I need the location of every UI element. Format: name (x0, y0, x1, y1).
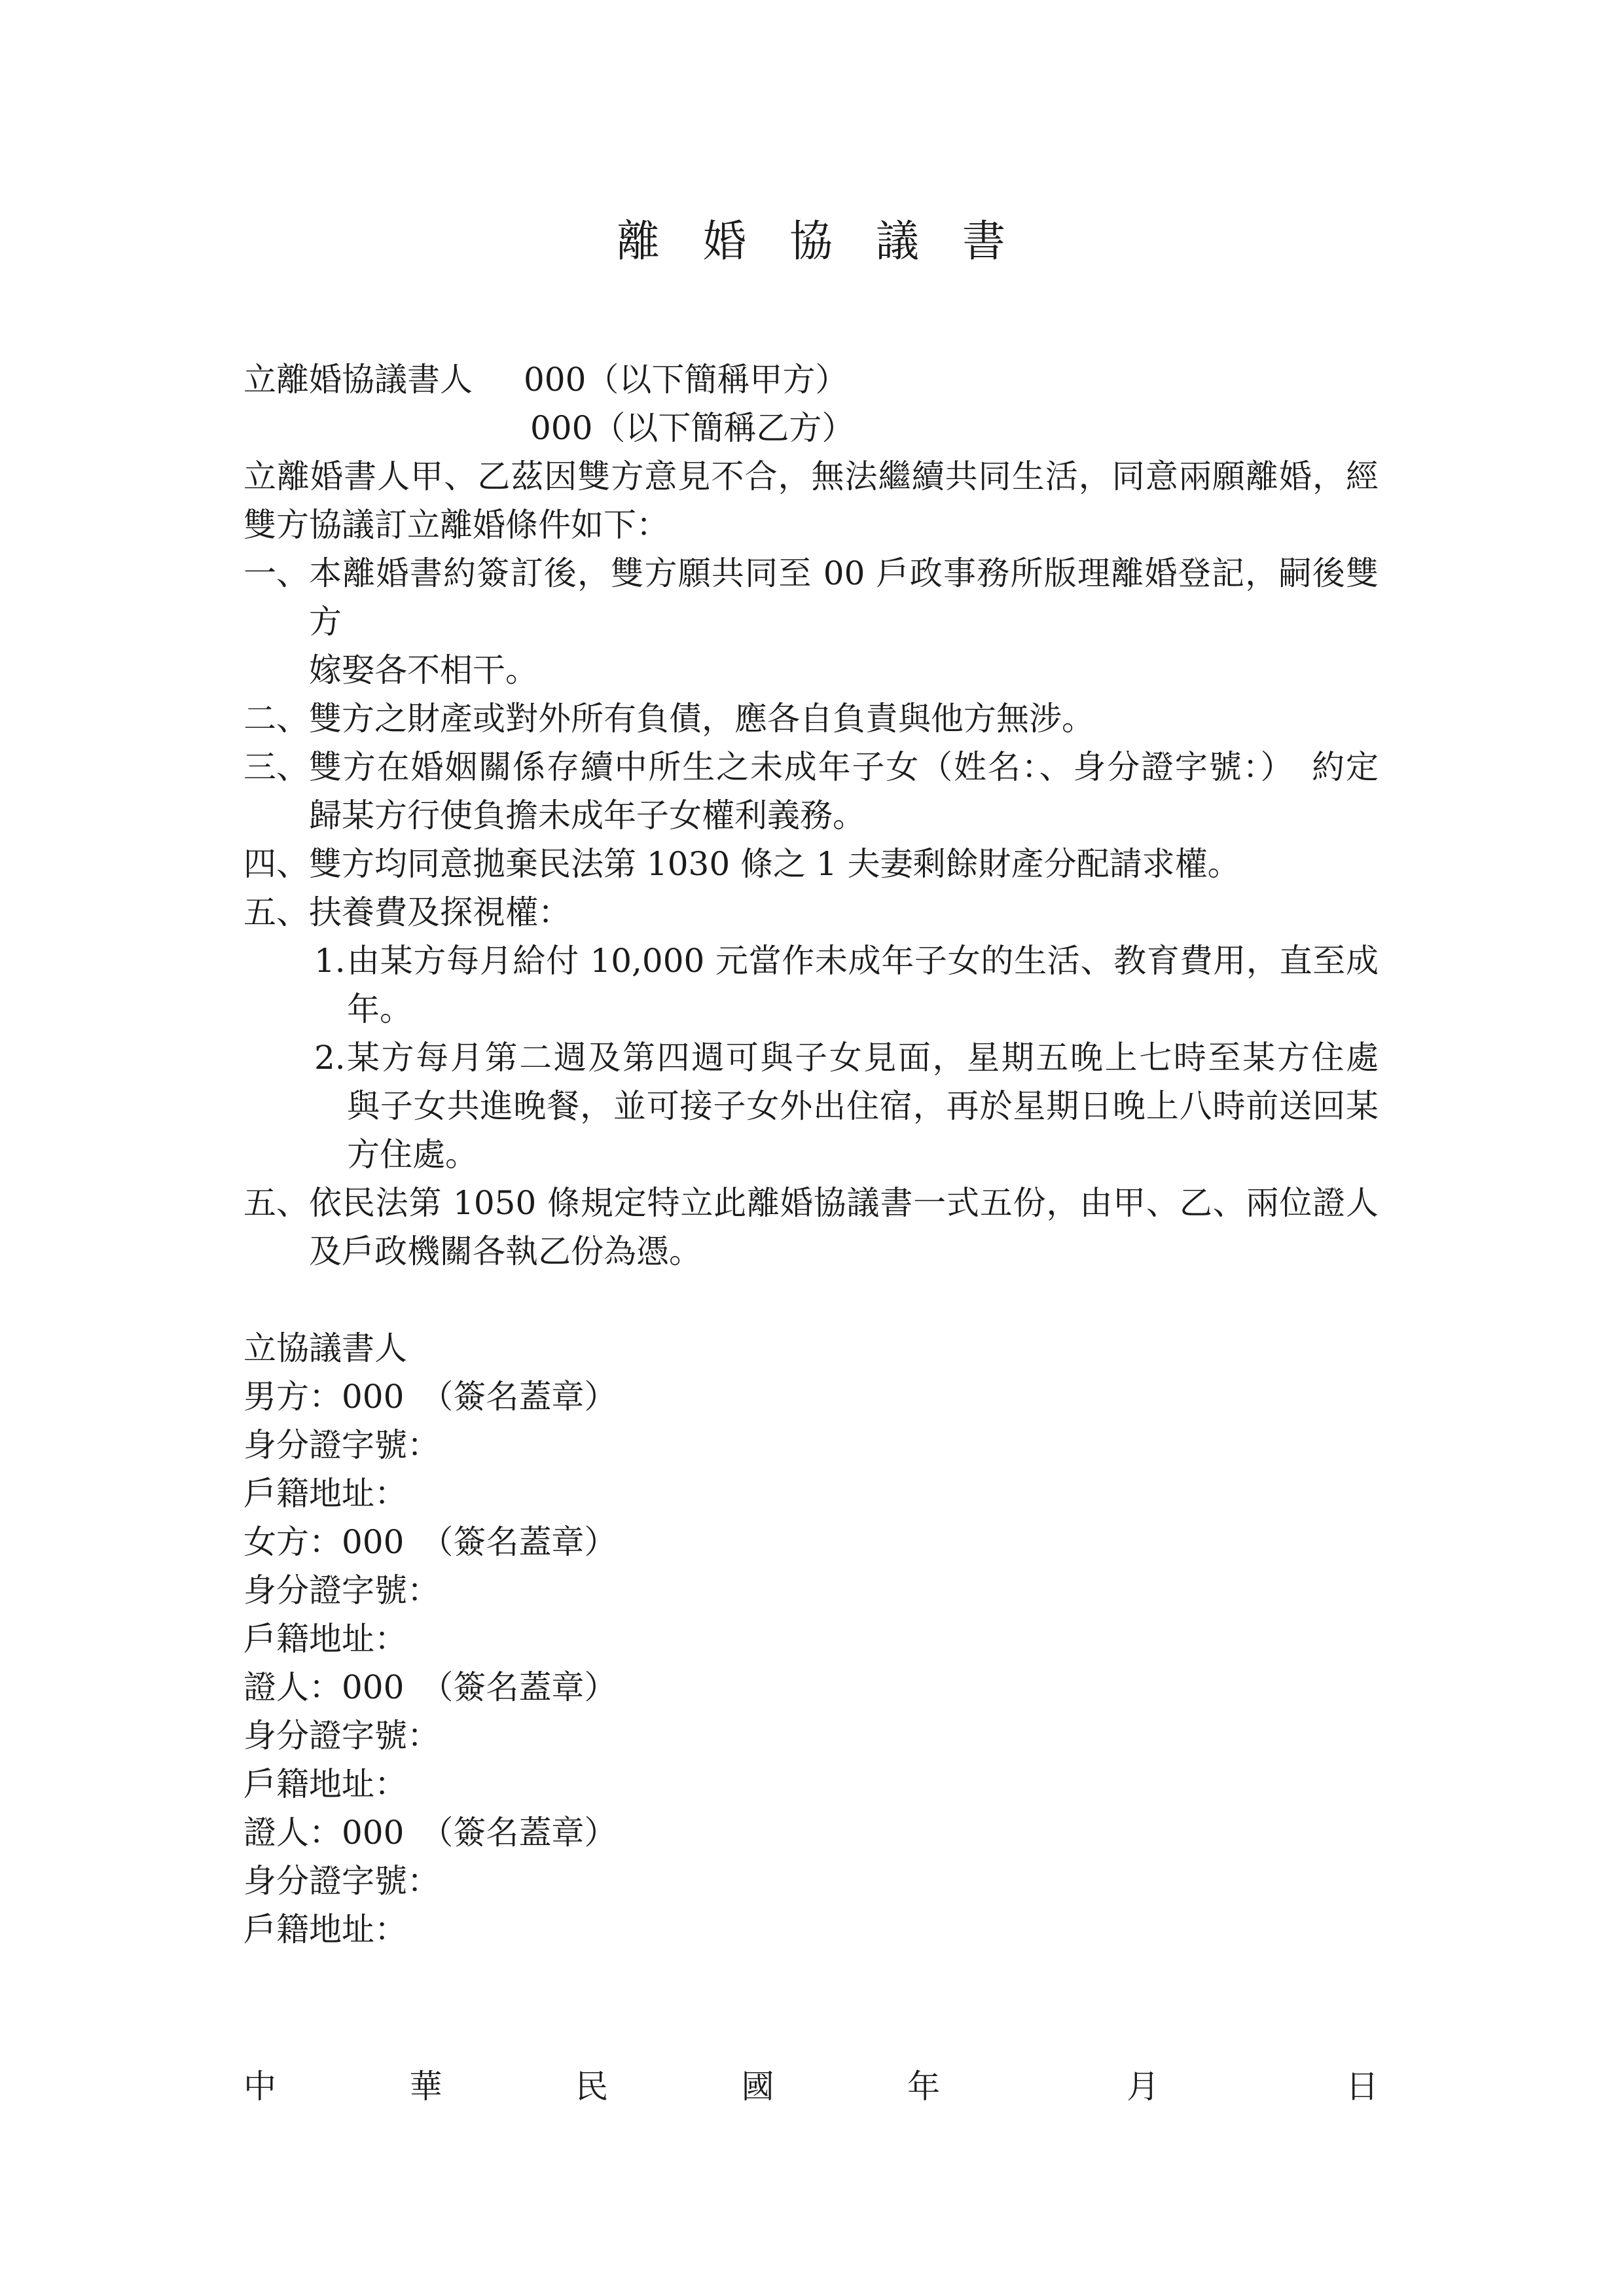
date-char-zhong: 中 (244, 2062, 276, 2111)
clause-line: 歸某方行使負擔未成年子女權利義務。 (309, 791, 1379, 840)
preamble-line-parties-a: 立離婚協議書人 000（以下簡稱甲方） (244, 355, 1379, 404)
signature-line-address: 戶籍地址： (244, 1905, 1379, 1954)
document-page: 離 婚 協 議 書 立離婚協議書人 000（以下簡稱甲方） 000（以下簡稱乙方… (0, 0, 1624, 2296)
date-line: 中 華 民 國 年 月 日 (244, 2062, 1379, 2111)
preamble: 立離婚協議書人 000（以下簡稱甲方） 000（以下簡稱乙方） (244, 355, 1379, 452)
subclause-line: 由某方每月給付 10,000 元當作未成年子女的生活、教育費用，直至成 (347, 937, 1379, 985)
signature-line-address: 戶籍地址： (244, 1760, 1379, 1808)
clause-line: 扶養費及探視權： (309, 888, 1379, 937)
subclause-2-number: 2. (314, 1033, 347, 1082)
date-char-min: 民 (575, 2062, 608, 2111)
intro-paragraph: 立離婚書人甲、乙茲因雙方意見不合，無法繼續共同生活，同意兩願離婚，經 雙方協議訂… (244, 452, 1379, 549)
clause-final-text: 依民法第 1050 條規定特立此離婚協議書一式五份，由甲、乙、兩位證人 及戶政機… (309, 1179, 1379, 1276)
clause-4: 四、 雙方均同意拋棄民法第 1030 條之 1 夫妻剩餘財產分配請求權。 (244, 840, 1379, 888)
clause-line: 嫁娶各不相干。 (309, 646, 1379, 694)
subclause-1-number: 1. (314, 937, 347, 985)
signature-line-id-number: 身分證字號： (244, 1712, 1379, 1760)
preamble-label: 立離婚協議書人 (244, 355, 473, 404)
subclause-2-text: 某方每月第二週及第四週可與子女見面，星期五晚上七時至某方住處 與子女共進晚餐，並… (347, 1033, 1379, 1179)
subclause-1: 1. 由某方每月給付 10,000 元當作未成年子女的生活、教育費用，直至成 年… (314, 937, 1379, 1033)
clause-final: 五、 依民法第 1050 條規定特立此離婚協議書一式五份，由甲、乙、兩位證人 及… (244, 1179, 1379, 1276)
signature-line-id-number: 身分證字號： (244, 1566, 1379, 1615)
clause-1-number: 一、 (244, 549, 309, 598)
date-char-year: 年 (907, 2062, 940, 2111)
clause-5-number: 五、 (244, 888, 309, 937)
party-b-name: 000（以下簡稱乙方） (530, 409, 854, 447)
clause-4-text: 雙方均同意拋棄民法第 1030 條之 1 夫妻剩餘財產分配請求權。 (309, 840, 1379, 888)
signature-line-witness-2: 證人：000 （簽名蓋章） (244, 1808, 1379, 1857)
clause-2: 二、 雙方之財產或對外所有負債，應各自負責與他方無涉。 (244, 694, 1379, 743)
clause-line: 雙方均同意拋棄民法第 1030 條之 1 夫妻剩餘財產分配請求權。 (309, 840, 1379, 888)
signature-line-male-party: 男方：000 （簽名蓋章） (244, 1372, 1379, 1421)
date-char-day: 日 (1346, 2062, 1379, 2111)
clause-3-number: 三、 (244, 743, 309, 791)
clause-1: 一、 本離婚書約簽訂後，雙方願共同至 00 戶政事務所版理離婚登記，嗣後雙方 嫁… (244, 549, 1379, 694)
signature-line-female-party: 女方：000 （簽名蓋章） (244, 1518, 1379, 1566)
date-char-hua: 華 (410, 2062, 442, 2111)
signature-block: 男方：000 （簽名蓋章） 身分證字號： 戶籍地址： 女方：000 （簽名蓋章）… (244, 1372, 1379, 1954)
document-title: 離 婚 協 議 書 (244, 220, 1379, 263)
subclause-line: 某方每月第二週及第四週可與子女見面，星期五晚上七時至某方住處 (347, 1033, 1379, 1082)
signature-line-id-number: 身分證字號： (244, 1857, 1379, 1905)
subclause-line: 與子女共進晚餐，並可接子女外出住宿，再於星期日晚上八時前送回某 (347, 1082, 1379, 1130)
clause-line: 雙方在婚姻關係存續中所生之未成年子女（姓名：、身分證字號：） 約定 (309, 743, 1379, 791)
clause-3-text: 雙方在婚姻關係存續中所生之未成年子女（姓名：、身分證字號：） 約定 歸某方行使負… (309, 743, 1379, 840)
signature-line-witness-1: 證人：000 （簽名蓋章） (244, 1663, 1379, 1712)
intro-line: 立離婚書人甲、乙茲因雙方意見不合，無法繼續共同生活，同意兩願離婚，經 (244, 452, 1379, 501)
subclause-2: 2. 某方每月第二週及第四週可與子女見面，星期五晚上七時至某方住處 與子女共進晚… (314, 1033, 1379, 1179)
party-a-name: 000（以下簡稱甲方） (524, 355, 848, 404)
date-char-guo: 國 (742, 2062, 774, 2111)
clause-line: 本離婚書約簽訂後，雙方願共同至 00 戶政事務所版理離婚登記，嗣後雙方 (309, 549, 1379, 646)
signature-line-address: 戶籍地址： (244, 1469, 1379, 1518)
signature-line-address: 戶籍地址： (244, 1615, 1379, 1663)
signing-heading: 立協議書人 (244, 1324, 1379, 1372)
date-char-month: 月 (1127, 2062, 1159, 2111)
clause-1-text: 本離婚書約簽訂後，雙方願共同至 00 戶政事務所版理離婚登記，嗣後雙方 嫁娶各不… (309, 549, 1379, 694)
clause-line: 雙方之財產或對外所有負債，應各自負責與他方無涉。 (309, 694, 1379, 743)
preamble-line-parties-b: 000（以下簡稱乙方） (244, 404, 1379, 452)
clause-line: 及戶政機關各執乙份為憑。 (309, 1227, 1379, 1276)
signature-line-id-number: 身分證字號： (244, 1421, 1379, 1469)
clause-2-text: 雙方之財產或對外所有負債，應各自負責與他方無涉。 (309, 694, 1379, 743)
clause-line: 依民法第 1050 條規定特立此離婚協議書一式五份，由甲、乙、兩位證人 (309, 1179, 1379, 1227)
clause-5-text: 扶養費及探視權： (309, 888, 1379, 937)
clause-2-number: 二、 (244, 694, 309, 743)
subclause-line: 方住處。 (347, 1130, 1379, 1179)
intro-line: 雙方協議訂立離婚條件如下： (244, 501, 1379, 549)
subclause-1-text: 由某方每月給付 10,000 元當作未成年子女的生活、教育費用，直至成 年。 (347, 937, 1379, 1033)
clause-5: 五、 扶養費及探視權： (244, 888, 1379, 937)
clause-final-number: 五、 (244, 1179, 309, 1227)
subclause-line: 年。 (347, 985, 1379, 1033)
clause-4-number: 四、 (244, 840, 309, 888)
clause-3: 三、 雙方在婚姻關係存續中所生之未成年子女（姓名：、身分證字號：） 約定 歸某方… (244, 743, 1379, 840)
